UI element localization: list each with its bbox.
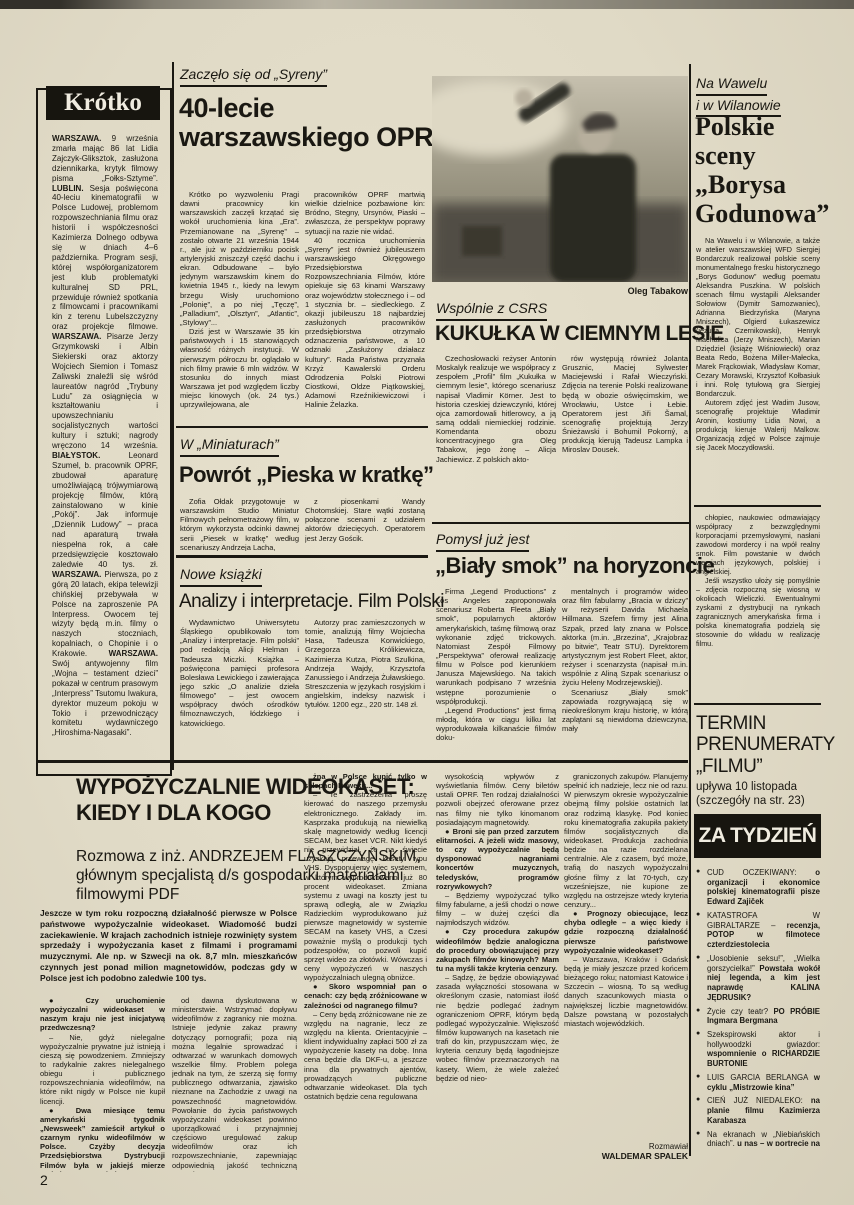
news-entry: WARSZAWA. 9 września zmarła mając 86 lat… [52,134,158,183]
entry-text: Sesja poświęcona 40-leciu kinematografii… [52,184,158,332]
kukulka-col1: Czechosłowacki reżyser Antonin Moskalyk … [436,354,556,518]
smok-col2: mentalnych i programów wideo oraz film f… [562,587,688,757]
paragraph: chłopiec, naukowiec odmawiający współpra… [696,513,820,576]
oprf-col1: Krótko po wyzwoleniu Pragi dawni pracown… [180,190,299,422]
paragraph: Wydawnictwo Uniwersytetu Śląskiego opubl… [180,618,299,728]
qa-paragraph: graniczonych zakupów. Planujemy spełnić … [564,772,688,909]
preview-item: Szekspirowski aktor i hollywoodzki gwiaz… [696,1030,820,1069]
preview-lead: CIEŃ JUŻ NIEDALEKO: [707,1096,803,1105]
krotko-title-banner: Krótko [46,86,160,120]
paragraph: Zofia Ołdak przygotowuje w warszawskim S… [180,497,299,551]
divider-vertical-left [172,62,174,770]
krotko-body: WARSZAWA. 9 września zmarła mając 86 lat… [52,134,158,764]
qa-paragraph: – Te zastrzeżenia proszę kierować do nas… [304,790,427,982]
city-lead: WARSZAWA. [52,570,101,579]
entry-text: Pierwsza, po z górą 20 latach, ekipa tel… [52,570,158,658]
qa-paragraph: – Będziemy wypożyczać tylko filmy fabula… [436,891,559,928]
page-number: 2 [40,1172,48,1188]
za-tydzien-banner: ZA TYDZIEŃ [694,814,821,858]
paragraph: Dziś jest w Warszawie 35 kin państwowych… [180,327,299,409]
qa-paragraph: wysokością wpływów z wyświetlania filmów… [436,772,559,827]
krotko-title: Krótko [64,89,142,117]
kukulka-kicker-wrap: Wspólnie z CSRS [436,300,547,321]
divider-main [36,760,688,763]
qa-paragraph: – Ceny będą zróżnicowane nie ze względu … [304,1010,427,1101]
qa-paragraph: żna w Polsce kupić tylko w sklepach Pewe… [304,772,427,790]
preview-item: KATASTROFA W GIBRALTARZE – recenzja, POT… [696,911,820,950]
preview-lead: CUD OCZEKIWANY: [707,868,797,877]
oprf-kicker-wrap: Zaczęło się od „Syreny” [180,66,327,87]
za-tydzien-title: ZA TYDZIEŃ [699,824,817,848]
ksiazki-col1: Wydawnictwo Uniwersytetu Śląskiego opubl… [180,618,299,756]
piesek-headline: Powrót „Pieska w kratkę” [179,462,434,488]
smok-col1: Firma „Legend Productions” z Los Angeles… [436,587,556,757]
preview-item: Życie czy teatr? PO PRÓBIE Ingmara Bergm… [696,1007,820,1026]
za-tydzien-list: CUD OCZEKIWANY: o organizacji i ekonomic… [696,868,820,1146]
qa-paragraph: ● Skoro wspomniał pan o cenach: czy będą… [304,982,427,1009]
interview-col3: żna w Polsce kupić tylko w sklepach Pewe… [304,772,427,1172]
qa-paragraph: ● Prognozy obiecujące, lecz chyba odległ… [564,909,688,955]
scan-edge-artifact [0,0,854,9]
ksiazki-col2: Autorzy prac zamieszczonych w tomie, ana… [305,618,425,756]
preview-item: „Uosobienie seksu!”, „Wielka gorszycielk… [696,954,820,1003]
preview-item: CUD OCZEKIWANY: o organizacji i ekonomic… [696,868,820,907]
qa-paragraph: od dawna dyskutowana w ministerstwie. Ws… [172,996,297,1172]
news-entry: WARSZAWA. Pierwsza, po z górą 20 latach,… [52,570,158,658]
byline-label: Rozmawiał [564,1142,688,1151]
paragraph: Krótko po wyzwoleniu Pragi dawni pracown… [180,190,299,327]
termin-title: TERMIN PRENUMERATY „FILMU” [696,713,835,777]
termin-line1: upływa 10 listopada [696,781,820,793]
section-kicker: Wspólnie z CSRS [436,300,547,321]
smok-headline: „Biały smok” na horyzoncie [435,553,714,579]
divider-vertical-right [689,64,691,1156]
divider [694,703,821,705]
interview-intro: Jeszcze w tym roku rozpoczną działalność… [40,908,297,992]
paragraph: Czechosłowacki reżyser Antonin Moskalyk … [436,354,556,464]
paragraph: pracowników OPRF martwią wielkie dzielni… [305,190,425,236]
godunow-headline: Polskie sceny „Borysa Godunowa” [695,112,829,228]
city-lead: WARSZAWA. [52,134,101,143]
divider [694,505,821,507]
entry-text: Swój antywojenny film „Wojna – testament… [52,659,158,737]
piesek-col2: z piosenkami Wandy Chotomskiej. Stare wą… [305,497,425,551]
paragraph: rów występują również Jolanta Grusznic, … [562,354,688,455]
city-lead: WARSZAWA. [52,332,101,341]
news-entry: WARSZAWA. Pisarze Jerzy Grzymkowski i Al… [52,332,158,450]
paragraph: Firma „Legend Productions” z Los Angeles… [436,587,556,706]
kukulka-headline: KUKUŁKA W CIEMNYM LESIE [435,322,724,346]
divider [176,426,428,428]
preview-item: CIEŃ JUŻ NIEDALEKO: na planie filmu Kazi… [696,1096,820,1125]
paragraph: z piosenkami Wandy Chotomskiej. Stare wą… [305,497,425,543]
section-kicker: W „Miniaturach” [180,436,279,457]
paragraph: Jeśli wszystko ułoży się pomyślnie – zdj… [696,576,820,648]
qa-paragraph: ● Broni się pan przed zarzutem elitarnoś… [436,827,559,891]
qa-paragraph: ● Czy uruchomienie wypożyczalni wideokas… [40,996,165,1033]
photo-illustration [432,76,688,282]
paragraph: „Legend Productions” jest firmą młodą, k… [436,706,556,743]
qa-paragraph: – Warszawa, Kraków i Gdańsk będą je miał… [564,955,688,1028]
section-kicker: Zaczęło się od „Syreny” [180,66,327,87]
preview-rest: wspomnienie o RICHARDZIE BURTONIE [707,1049,820,1068]
paragraph: Scenariusz „Biały smok” zapowiada rozgry… [562,688,688,734]
preview-lead: Życie czy teatr? [707,1007,768,1016]
newspaper-page: Krótko WARSZAWA. 9 września zmarła mając… [0,0,854,1205]
ksiazki-kicker-wrap: Nowe książki [180,566,262,587]
termin-line2: (szczegóły na str. 23) [696,795,820,807]
paragraph: Autorzy prac zamieszczonych w tomie, ana… [305,618,425,709]
qa-paragraph: – Nie, gdyż nielegalne wypożyczalnie pry… [40,1033,165,1106]
qa-paragraph: ● Czy procedura zakupów wideofilmów będz… [436,927,559,973]
preview-lead: LUIS GARCIA BERLANGA [707,1073,808,1082]
interview-byline: Rozmawiał WALDEMAR SPALEK [564,1142,688,1161]
ksiazki-headline: Analizy i interpretacje. Film Polski [179,591,444,613]
preview-item: LUIS GARCIA BERLANGA w cyklu „Mistrzowie… [696,1073,820,1092]
kukulka-col2: rów występują również Jolanta Grusznic, … [562,354,688,518]
oprf-headline: 40-lecie warszawskiego OPRF [179,94,449,152]
section-kicker: Nowe książki [180,566,262,587]
smok-kicker-wrap: Pomysł już jest [436,531,529,552]
photo-caption: Oleg Tabakow [432,286,688,296]
piesek-col1: Zofia Ołdak przygotowuje w warszawskim S… [180,497,299,551]
interview-col4: wysokością wpływów z wyświetlania filmów… [436,772,559,1172]
entry-text: Leonard Szumel, b. pracownik OPRF, zbudo… [52,451,158,569]
city-lead: WARSZAWA. [109,649,158,658]
news-entry: WARSZAWA. Swój antywojenny film „Wojna –… [52,649,158,737]
news-entry: BIAŁYSTOK. Leonard Szumel, b. pracownik … [52,451,158,569]
news-entry: LUBLIN. Sesja poświęcona 40-leciu kinema… [52,184,158,332]
qa-paragraph: ● Dwa miesiące temu amerykański tygodnik… [40,1106,165,1172]
qa-paragraph: – Sądzę, że będzie obowiązywać zasada wy… [436,973,559,1083]
paragraph: Na Wawelu i w Wilanowie, a także w ateli… [696,236,820,398]
godunow-body: Na Wawelu i w Wilanowie, a także w ateli… [696,236,820,500]
city-lead: LUBLIN. [52,184,84,193]
paragraph: 40 rocznica uruchomienia „Syreny” jest r… [305,236,425,410]
godunow-kicker-wrap: Na Wawelu i w Wilanowie [696,74,781,117]
piesek-kicker-wrap: W „Miniaturach” [180,436,279,457]
interview-col2: od dawna dyskutowana w ministerstwie. Ws… [172,996,297,1172]
interview-col5: graniczonych zakupów. Planujemy spełnić … [564,772,688,1140]
oprf-col2: pracowników OPRF martwią wielkie dzielni… [305,190,425,422]
section-kicker-line1: Na Wawelu [696,75,767,96]
divider [432,522,690,524]
divider [176,555,428,558]
article-photo [432,76,688,282]
entry-text: Pisarze Jerzy Grzymkowski i Albin Siekie… [52,332,158,450]
section-kicker: Pomysł już jest [436,531,529,552]
preview-lead: Szekspirowski aktor i hollywoodzki gwiaz… [707,1030,820,1049]
smok-col3: chłopiec, naukowiec odmawiający współpra… [696,513,820,699]
paragraph: Autorem zdjęć jest Wadim Jusow, scenogra… [696,398,820,452]
paragraph: mentalnych i programów wideo oraz film f… [562,587,688,688]
city-lead: BIAŁYSTOK. [52,451,100,460]
interview-col1: ● Czy uruchomienie wypożyczalni wideokas… [40,996,165,1172]
preview-item: Na ekranach w „Niebiańskich dniach”, u n… [696,1130,820,1146]
byline-name: WALDEMAR SPALEK [564,1151,688,1161]
